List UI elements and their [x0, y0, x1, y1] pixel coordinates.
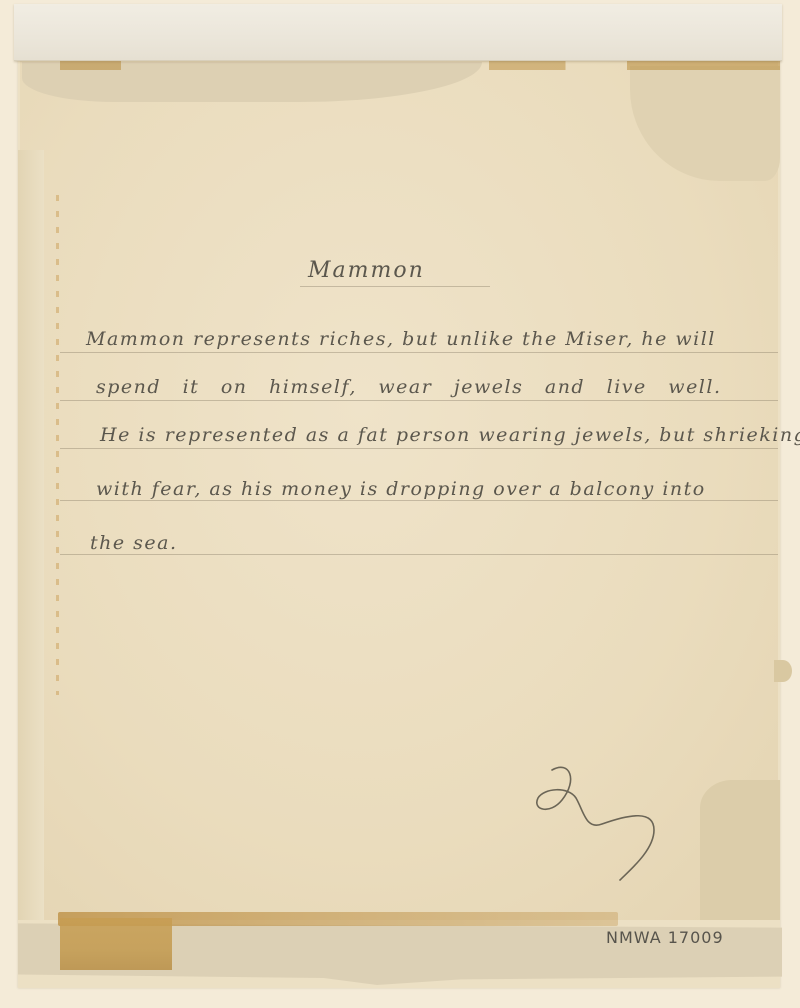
text-line-4: with fear, as his money is dropping over…: [96, 478, 706, 500]
ruled-line: [60, 448, 778, 449]
left-margin-stain: [56, 195, 59, 695]
catalog-number: NMWA 17009: [606, 928, 724, 947]
torn-paper-patch: [700, 780, 780, 920]
text-line-2: spend it on himself, wear jewels and liv…: [96, 376, 722, 398]
ruled-line: [60, 500, 778, 501]
adhesive-stain-block: [60, 918, 172, 970]
paper-tab: [774, 660, 792, 682]
text-line-3: He is represented as a fat person wearin…: [100, 424, 800, 446]
hinge-tape: [14, 4, 782, 61]
text-line-1: Mammon represents riches, but unlike the…: [86, 328, 716, 350]
document-title: Mammon: [308, 258, 425, 283]
ruled-line: [60, 554, 778, 555]
adhesive-stain-top: [14, 60, 780, 70]
text-line-5: the sea.: [90, 532, 178, 554]
page-number-2-mark: [530, 760, 670, 890]
ruled-line: [60, 352, 778, 353]
ruled-line: [60, 400, 778, 401]
title-underline: [300, 286, 490, 287]
left-paper-strip: [18, 150, 44, 920]
